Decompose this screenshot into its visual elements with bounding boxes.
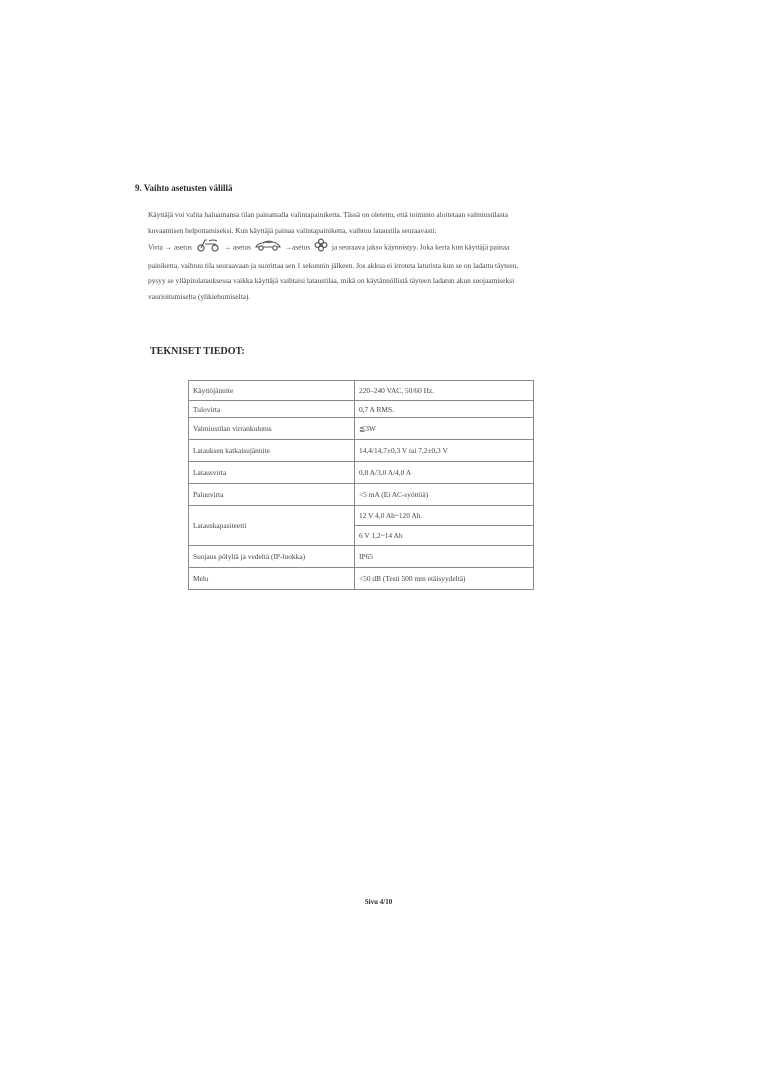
mode-sequence-line: Virta → asetus → asetus →asetus <box>148 238 608 258</box>
spec-value: 14,4/14,7±0,3 V tai 7,2±0,3 V <box>355 440 534 462</box>
paragraph-line: kuvaamisen helpottamiseksi. Kun käyttäjä… <box>148 223 608 239</box>
mode-sequence-between: →asetus <box>285 243 310 252</box>
section-heading: 9. Vaihto asetusten välillä <box>135 183 233 193</box>
tech-specs-table: Käyttöjännite 220–240 VAC, 50/60 Hz. Tul… <box>188 380 534 590</box>
spec-value: IP65 <box>355 546 534 568</box>
car-icon <box>255 239 281 257</box>
page-number: Sivu 4/10 <box>0 898 757 906</box>
spec-label: Suojaus pölyltä ja vedeltä (IP-luokka) <box>189 546 355 568</box>
table-row: Paluuvirta <5 mA (Ei AC-syöttöä) <box>189 484 534 506</box>
spec-label: Melu <box>189 568 355 590</box>
spec-label: Käyttöjännite <box>189 381 355 401</box>
paragraph-line: vaurioitumiselta (ylikiehumiselta). <box>148 289 608 305</box>
table-row: Valmiustilan virrankulutus ≦3W <box>189 418 534 440</box>
spec-value: 12 V 4,0 Ah~120 Ah. <box>355 506 534 526</box>
mode-sequence-end: ja seuraava jakso käynnistyy. Joka kerta… <box>332 243 509 252</box>
spec-label: Latauskapasiteetti <box>189 506 355 546</box>
spec-value: ≦3W <box>355 418 534 440</box>
spec-value: 0,8 A/3,0 A/4,0 A <box>355 462 534 484</box>
spec-value: 220–240 VAC, 50/60 Hz. <box>355 381 534 401</box>
snowflake-icon <box>314 238 328 258</box>
table-row: Latauksen katkaisujännite 14,4/14,7±0,3 … <box>189 440 534 462</box>
spec-label: Paluuvirta <box>189 484 355 506</box>
table-row: Melu <50 dB (Testi 500 mm etäisyydeltä) <box>189 568 534 590</box>
table-row: Latausvirta 0,8 A/3,0 A/4,0 A <box>189 462 534 484</box>
mode-switch-description: Käyttäjä voi valita haluamansa tilan pai… <box>148 207 608 305</box>
table-row: Suojaus pölyltä ja vedeltä (IP-luokka) I… <box>189 546 534 568</box>
spec-label: Latausvirta <box>189 462 355 484</box>
spec-label: Tulovirta <box>189 401 355 418</box>
spec-value: <5 mA (Ei AC-syöttöä) <box>355 484 534 506</box>
table-row: Käyttöjännite 220–240 VAC, 50/60 Hz. <box>189 381 534 401</box>
mode-sequence-between: → asetus <box>224 243 251 252</box>
spec-value: 6 V 1,2~14 Ah <box>355 526 534 546</box>
motorcycle-icon <box>196 238 220 258</box>
spec-value: 0,7 A RMS. <box>355 401 534 418</box>
paragraph-line: Käyttäjä voi valita haluamansa tilan pai… <box>148 207 608 223</box>
paragraph-line: pysyy se ylläpitolatauksessa vaikka käyt… <box>148 273 608 289</box>
spec-value: <50 dB (Testi 500 mm etäisyydeltä) <box>355 568 534 590</box>
spec-label: Valmiustilan virrankulutus <box>189 418 355 440</box>
table-row: Latauskapasiteetti 12 V 4,0 Ah~120 Ah. <box>189 506 534 526</box>
tech-specs-heading: TEKNISET TIEDOT: <box>150 346 245 357</box>
table-row: Tulovirta 0,7 A RMS. <box>189 401 534 418</box>
paragraph-line: painiketta, vaihtuu tila seuraavaan ja s… <box>148 258 608 274</box>
spec-label: Latauksen katkaisujännite <box>189 440 355 462</box>
mode-sequence-start: Virta → asetus <box>148 243 192 252</box>
